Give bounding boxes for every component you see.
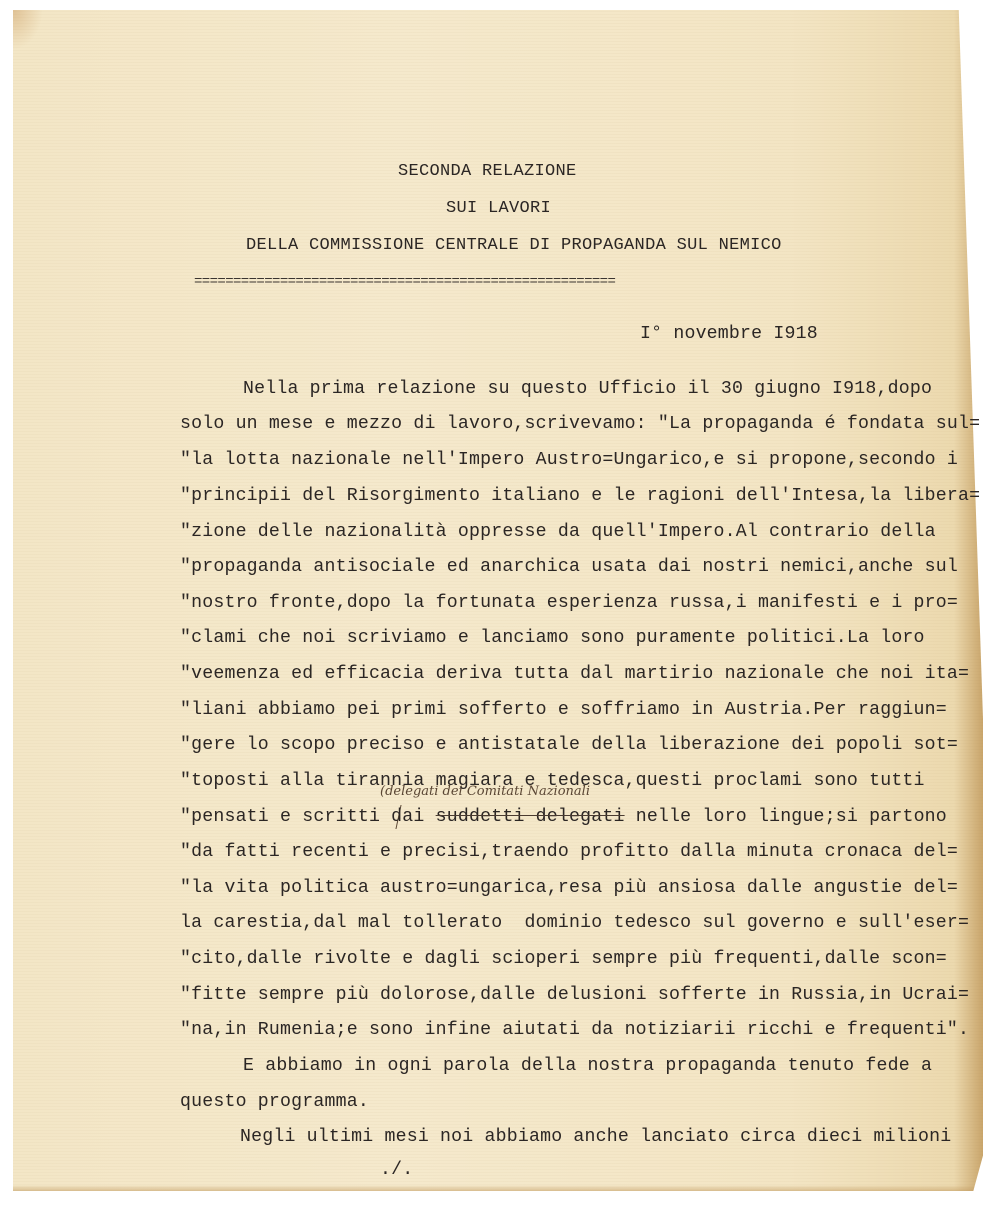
text-line: "la lotta nazionale nell'Impero Austro=U… [180, 450, 958, 470]
text-line: "propaganda antisociale ed anarchica usa… [180, 557, 958, 577]
text-line: "nostro fronte,dopo la fortunata esperie… [180, 593, 958, 613]
text-line: "cito,dalle rivolte e dagli scioperi sem… [180, 949, 947, 969]
document-date: I° novembre I918 [640, 324, 818, 344]
heading-line-2: SUI LAVORI [446, 199, 551, 218]
text-line: "fitte sempre più dolorose,dalle delusio… [180, 985, 969, 1005]
text-after: nelle loro lingue;si partono [625, 807, 947, 827]
heading-rule: ========================================… [194, 274, 615, 290]
text-line: "principii del Risorgimento italiano e l… [180, 486, 980, 506]
text-line: "zione delle nazionalità oppresse da que… [180, 522, 936, 542]
text-before: "pensati e scritti dai [180, 807, 436, 827]
text-line: solo un mese e mezzo di lavoro,scrivevam… [180, 414, 980, 434]
text-line: "veemenza ed efficacia deriva tutta dal … [180, 664, 969, 684]
text-line: E abbiamo in ogni parola della nostra pr… [243, 1056, 932, 1076]
text-line: "gere lo scopo preciso e antistatale del… [180, 735, 958, 755]
text-line: "da fatti recenti e precisi,traendo prof… [180, 842, 958, 862]
heading-line-1: SECONDA RELAZIONE [398, 162, 577, 181]
continuation-mark: ./. [380, 1160, 413, 1180]
struck-text: suddetti delegati [436, 807, 625, 827]
text-line: "na,in Rumenia;e sono infine aiutati da … [180, 1020, 969, 1040]
handwritten-insertion: (delegati dei Comitati Nazionali [380, 784, 590, 799]
text-line: "liani abbiamo pei primi sofferto e soff… [180, 700, 947, 720]
text-line: questo programma. [180, 1092, 369, 1112]
text-line: Nella prima relazione su questo Ufficio … [243, 379, 932, 399]
text-line: "clami che noi scriviamo e lanciamo sono… [180, 628, 925, 648]
text-line: la carestia,dal mal tollerato dominio te… [180, 913, 969, 933]
text-line: "la vita politica austro=ungarica,resa p… [180, 878, 958, 898]
text-line-with-correction: "pensati e scritti dai suddetti delegati… [180, 807, 947, 827]
heading-line-3: DELLA COMMISSIONE CENTRALE DI PROPAGANDA… [246, 236, 782, 255]
text-line: Negli ultimi mesi noi abbiamo anche lanc… [240, 1127, 951, 1147]
paper-stain [13, 10, 43, 50]
